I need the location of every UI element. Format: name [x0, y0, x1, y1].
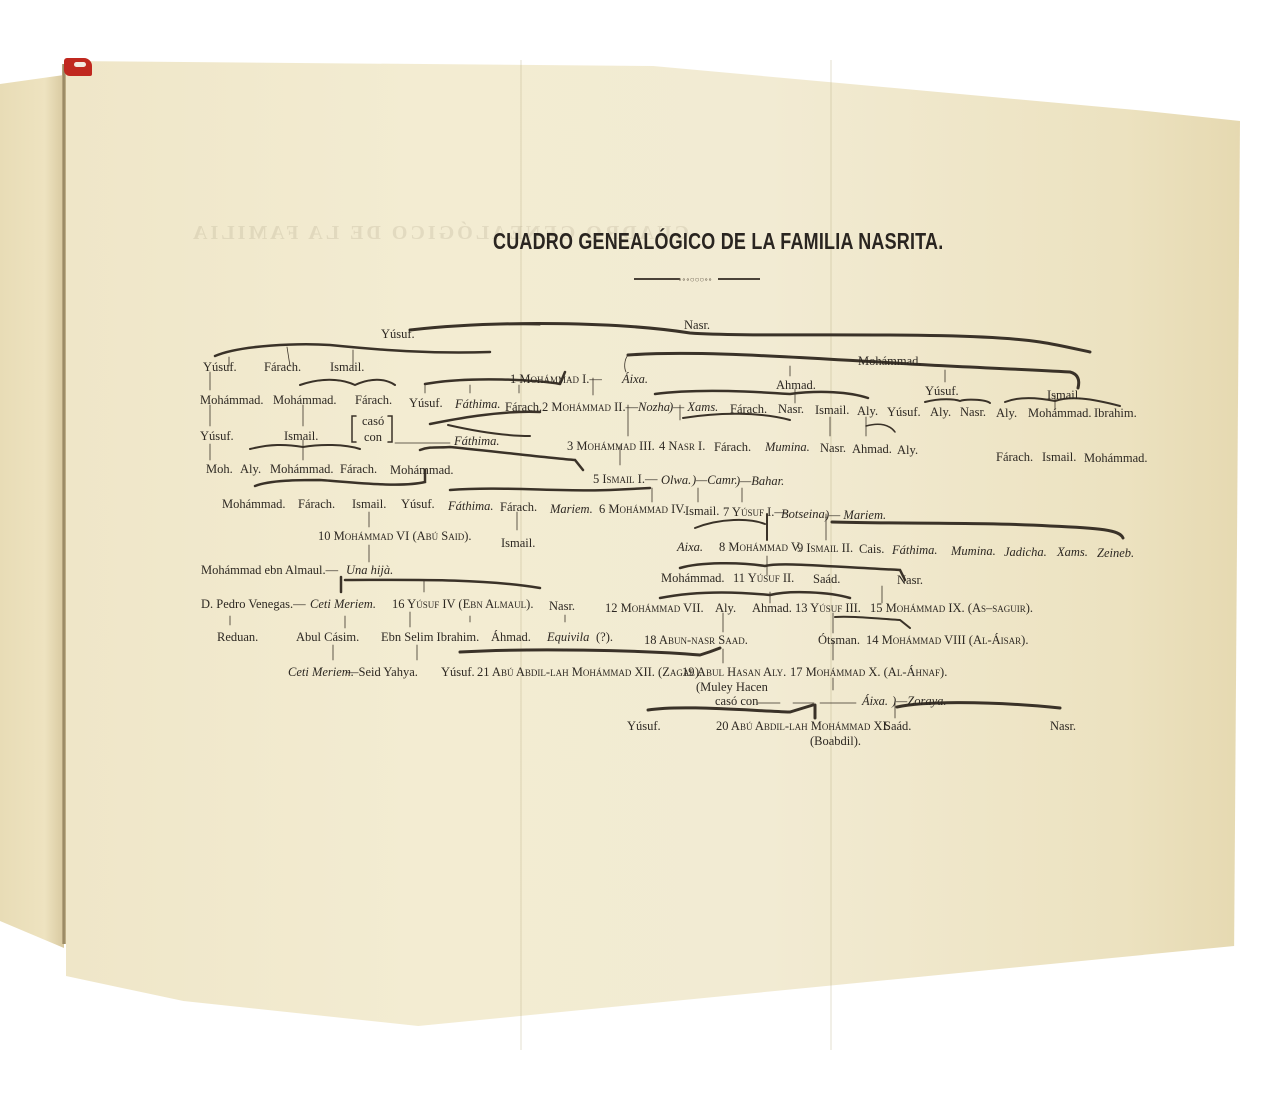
person-ismail: Ismail. — [284, 429, 318, 443]
person-mohammad: Mohámmad. — [390, 463, 454, 477]
person-cais: Cais. — [859, 542, 884, 556]
spouse-olwa: Olwa. — [661, 473, 691, 487]
person-yusuf: Yúsuf. — [887, 405, 921, 419]
ruler-15-mohammad-ix: 15 Mohámmad IX. (As–saguir). — [870, 601, 1033, 615]
alias-boabdil: (Boabdil). — [810, 734, 861, 748]
person-pedro-venegas: D. Pedro Venegas.— — [201, 597, 306, 611]
person-equivila: Equivila — [547, 630, 589, 644]
person-aly: Aly. — [930, 405, 951, 419]
left-page — [0, 48, 64, 948]
person-saad: Saád. — [884, 719, 911, 733]
ornament-dots: ∘∘∘○○○∘∘ — [678, 275, 712, 284]
person-farach: Fárach. — [355, 393, 392, 407]
person-nasr-founder: Nasr. — [684, 318, 710, 332]
ruler-20-boabdil: 20 Abú Abdil-lah Mohámmad XI. — [716, 719, 890, 733]
person-abul-casim: Abul Cásim. — [296, 630, 359, 644]
person-aly: Aly. — [897, 443, 918, 457]
ruler-11-yusuf-ii: 11 Yúsuf II. — [733, 571, 794, 585]
person-fathima: Fáthima. — [455, 397, 500, 411]
spouse-seid-yahya: —Seid Yahya. — [346, 665, 418, 679]
person-yusuf: Yúsuf. — [381, 327, 415, 341]
label-caso: casó — [362, 414, 384, 428]
person-ismail: Ismail. — [815, 403, 849, 417]
person-mohammad-ebn-almaul: Mohámmad ebn Almaul.— — [201, 563, 338, 577]
person-mohammad: Mohámmad. — [1084, 451, 1148, 465]
person-ismail: Ismail. — [685, 504, 719, 518]
person-farach: Fárach. — [264, 360, 301, 374]
person-yusuf: Yúsuf. — [203, 360, 237, 374]
spouse-ceti-meriem: Ceti Meriem. — [310, 597, 376, 611]
ruler-21-abu-abdil-lah-mohammad-xii: 21 Abú Abdil-lah Mohámmad XII. (Zagal). — [477, 665, 702, 679]
person-yusuf: Yúsuf. — [200, 429, 234, 443]
person-yusuf: Yúsuf. — [409, 396, 443, 410]
ruler-10-mohammad-vi: 10 Mohámmad VI (Abú Said). — [318, 529, 472, 543]
person-fathima: Fáthima. — [448, 499, 493, 513]
spouse-camr: )—Camr. — [692, 473, 738, 487]
ruler-16-yusuf-iv: 16 Yúsuf IV (Ebn Almaul). — [392, 597, 533, 611]
page-fold-line — [830, 60, 832, 1050]
person-yusuf: Yúsuf. — [627, 719, 661, 733]
ruler-12-mohammad-vii: 12 Mohámmad VII. — [605, 601, 704, 615]
person-mumina: Mumina. — [951, 544, 996, 558]
person-ismail: Ismail. — [1047, 388, 1081, 402]
spouse-mariem: )— Mariem. — [825, 508, 886, 522]
label-caso-con: casó con — [715, 694, 758, 708]
ruler-8-mohammad-v: 8 Mohámmad V. — [719, 540, 801, 554]
person-xams: Xams. — [1057, 545, 1088, 559]
person-farach: Fárach. — [340, 462, 377, 476]
person-ahmad: Ahmad. — [852, 442, 892, 456]
person-mohammad: Mohámmad. — [1028, 406, 1092, 420]
person-zeineb: Zeineb. — [1097, 546, 1134, 560]
person-ismail: Ismail. — [501, 536, 535, 550]
person-aixa: Aixa. — [677, 540, 703, 554]
person-otsman: Ótsman. — [818, 633, 860, 647]
person-nasr: Nasr. — [960, 405, 986, 419]
person-mohammad: Mohámmad. — [661, 571, 725, 585]
ruler-14-mohammad-viii: 14 Mohámmad VIII (Al-Áisar). — [866, 633, 1028, 647]
person-mohammad: Mohámmad. — [858, 354, 922, 368]
person-ebn-selim-ibrahim: Ebn Selim Ibrahim. — [381, 630, 479, 644]
person-aly: Aly. — [996, 406, 1017, 420]
ornamental-rule: ∘∘∘○○○∘∘ — [634, 278, 760, 280]
person-farach: Fárach. — [714, 440, 751, 454]
person-nasr: Nasr. — [820, 441, 846, 455]
person-nasr: Nasr. — [1050, 719, 1076, 733]
person-ahmad: Áhmad. — [491, 630, 531, 644]
person-farach: Fárach. — [505, 400, 542, 414]
page-title: CUADRO GENEALÓGICO DE LA FAMILIA NASRITA… — [493, 228, 943, 255]
person-18-abun-nasr-saad: 18 Abun-nasr Saad. — [644, 633, 748, 647]
person-saad: Saád. — [813, 572, 840, 586]
spouse-botseina: Botseina. — [781, 507, 828, 521]
person-ahmad: Ahmad. — [776, 378, 816, 392]
person-reduan: Reduan. — [217, 630, 258, 644]
ruler-4-nasr-i: 4 Nasr I. — [659, 439, 705, 453]
person-mohammad: Mohámmad. — [222, 497, 286, 511]
ruler-5-ismail-i: 5 Ismail I.— — [593, 472, 657, 486]
person-fathima: Fáthima. — [892, 543, 937, 557]
person-nasr: Nasr. — [549, 599, 575, 613]
person-yusuf: Yúsuf. — [925, 384, 959, 398]
alias-muley-hacen: (Muley Hacen — [696, 680, 768, 694]
person-mohammad: Mohámmad. — [273, 393, 337, 407]
ruler-1-mohammad-i: 1 Mohámmad I.— — [510, 372, 602, 386]
page-fold-line — [520, 60, 522, 1050]
ruler-9-ismail-ii: 9 Ismail II. — [797, 541, 853, 555]
person-farach: Fárach. — [298, 497, 335, 511]
person-yusuf: Yúsuf. — [401, 497, 435, 511]
spouse-aixa: Áixa. — [862, 694, 888, 708]
person-mohammad: Mohámmad. — [270, 462, 334, 476]
ruler-6-mohammad-iv: 6 Mohámmad IV. — [599, 502, 686, 516]
person-nasr: Nasr. — [778, 402, 804, 416]
person-aly: Aly. — [715, 601, 736, 615]
ruler-3-mohammad-iii: 3 Mohámmad III. — [567, 439, 655, 453]
person-ahmad: Ahmad. — [752, 601, 792, 615]
spouse-una-hija: Una hijà. — [346, 563, 393, 577]
person-farach: Fárach. — [996, 450, 1033, 464]
ruler-2-mohammad-ii: 2 Mohámmad II.— — [542, 400, 638, 414]
person-mariem: Mariem. — [550, 502, 593, 516]
spouse-aixa: Áixa. — [622, 372, 648, 386]
person-aly: Aly. — [857, 404, 878, 418]
person-ismail: Ismail. — [330, 360, 364, 374]
person-nasr: Nasr. — [897, 573, 923, 587]
person-mumina: Mumina. — [765, 440, 810, 454]
book-spine — [62, 64, 66, 944]
spouse-bahar: )—Bahar. — [736, 474, 784, 488]
person-fathima: Fáthima. — [454, 434, 499, 448]
person-yusuf: Yúsuf. — [441, 665, 475, 679]
person-aly: Aly. — [240, 462, 261, 476]
spouse-nozha: Nozha — [638, 400, 670, 414]
ruler-13-yusuf-iii: 13 Yúsuf III. — [795, 601, 861, 615]
ruler-17-mohammad-x: 17 Mohámmad X. (Al-Áhnaf). — [790, 665, 947, 679]
person-farach: Fárach. — [500, 500, 537, 514]
bookmark-ribbon — [64, 58, 92, 76]
person-jadicha: Jadicha. — [1004, 545, 1047, 559]
label-con: con — [364, 430, 382, 444]
person-moh: Moh. — [206, 462, 233, 476]
spouse-xams: )— Xams. — [669, 400, 718, 414]
person-mohammad: Mohámmad. — [200, 393, 264, 407]
person-ismail: Ismail. — [1042, 450, 1076, 464]
person-ismail: Ismail. — [352, 497, 386, 511]
person-ibrahim: Ibrahim. — [1094, 406, 1137, 420]
ruler-7-yusuf-i: 7 Yúsuf I.— — [723, 505, 787, 519]
spouse-zoraya: )—Zoraya. — [892, 694, 947, 708]
person-farach: Fárach. — [730, 402, 767, 416]
uncertain-mark: (?). — [596, 630, 613, 644]
ruler-19-abul-hasan-aly: 19 Abul Hasan Aly. — [682, 665, 786, 679]
person-ceti-meriem: Ceti Meriem. — [288, 665, 354, 679]
